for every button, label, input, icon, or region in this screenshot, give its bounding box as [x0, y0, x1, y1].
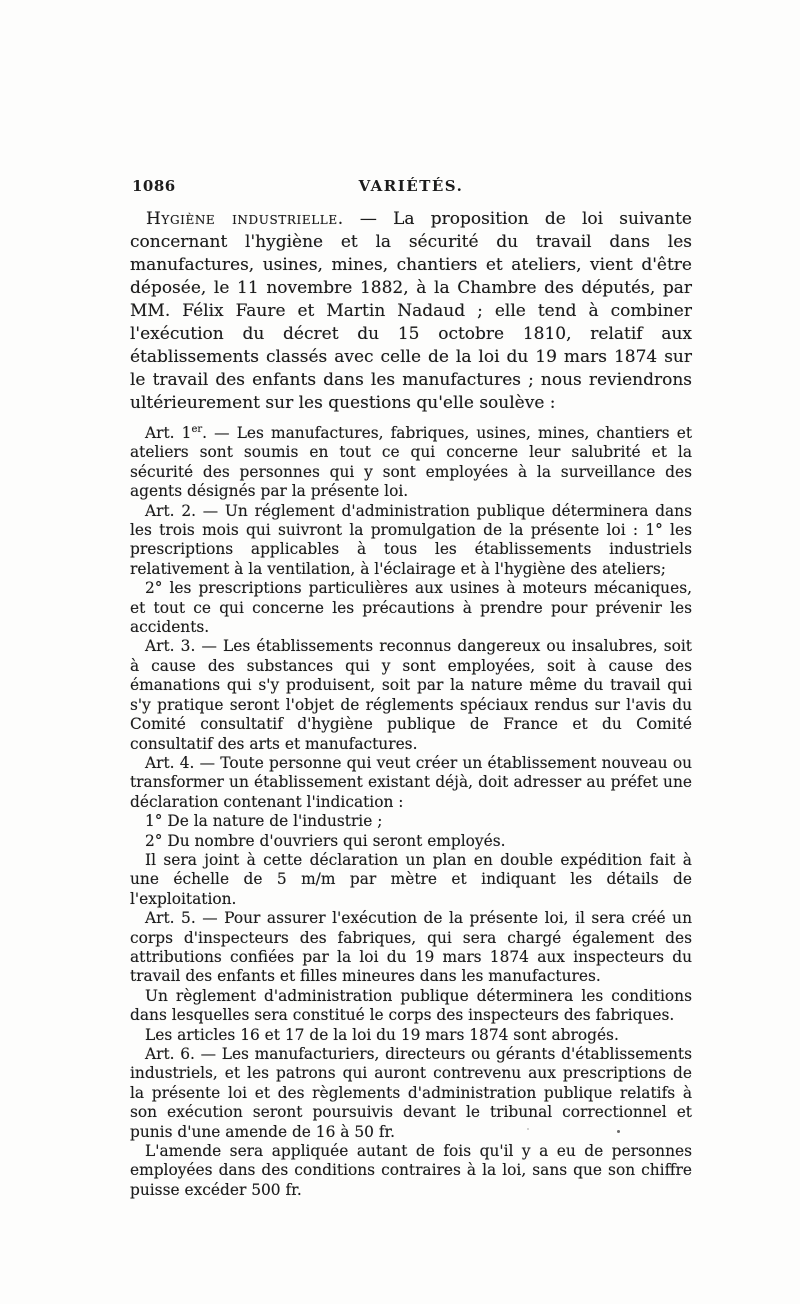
- article-5-note-1: Un règlement d'administration publique d…: [130, 987, 692, 1026]
- scanned-document-page: 1086 VARIÉTÉS. Hygiène industrielle. — L…: [0, 0, 800, 1304]
- running-title: VARIÉTÉS.: [130, 177, 692, 195]
- section-lead: Hygiène industrielle.: [146, 209, 344, 229]
- article-1-label-superscript: er: [191, 424, 202, 435]
- text-column: 1086 VARIÉTÉS. Hygiène industrielle. — L…: [130, 177, 692, 1200]
- article-4-item-2: 2° Du nombre d'ouvriers qui seront emplo…: [130, 832, 692, 851]
- intro-paragraph: Hygiène industrielle. — La proposition d…: [130, 208, 692, 415]
- article-5-note-2: Les articles 16 et 17 de la loi du 19 ma…: [130, 1026, 692, 1045]
- article-4: Art. 4. — Toute personne qui veut créer …: [130, 754, 692, 812]
- article-1-text: . — Les manufactures, fabriques, usines,…: [130, 424, 692, 500]
- article-4-item-1: 1° De la nature de l'industrie ;: [130, 812, 692, 831]
- article-3: Art. 3. — Les établissements reconnus da…: [130, 637, 692, 753]
- intro-text: La proposition de loi suivante concernan…: [130, 209, 692, 413]
- article-4-note: Il sera joint à cette déclaration un pla…: [130, 851, 692, 909]
- article-1-label: Art. 1: [145, 424, 191, 442]
- article-2-item-2: 2° les prescriptions particulières aux u…: [130, 579, 692, 637]
- lead-separator: —: [344, 209, 393, 229]
- article-6: Art. 6. — Les manufacturiers, directeurs…: [130, 1045, 692, 1142]
- scan-speck: [527, 1128, 529, 1130]
- law-text: Art. 1er. — Les manufactures, fabriques,…: [130, 424, 692, 1200]
- article-5: Art. 5. — Pour assurer l'exécution de la…: [130, 909, 692, 987]
- article-6-note: L'amende sera appliquée autant de fois q…: [130, 1142, 692, 1200]
- article-2: Art. 2. — Un réglement d'administration …: [130, 502, 692, 580]
- article-1: Art. 1er. — Les manufactures, fabriques,…: [130, 424, 692, 502]
- scan-speck: [617, 1130, 620, 1133]
- running-head: 1086 VARIÉTÉS.: [130, 177, 692, 195]
